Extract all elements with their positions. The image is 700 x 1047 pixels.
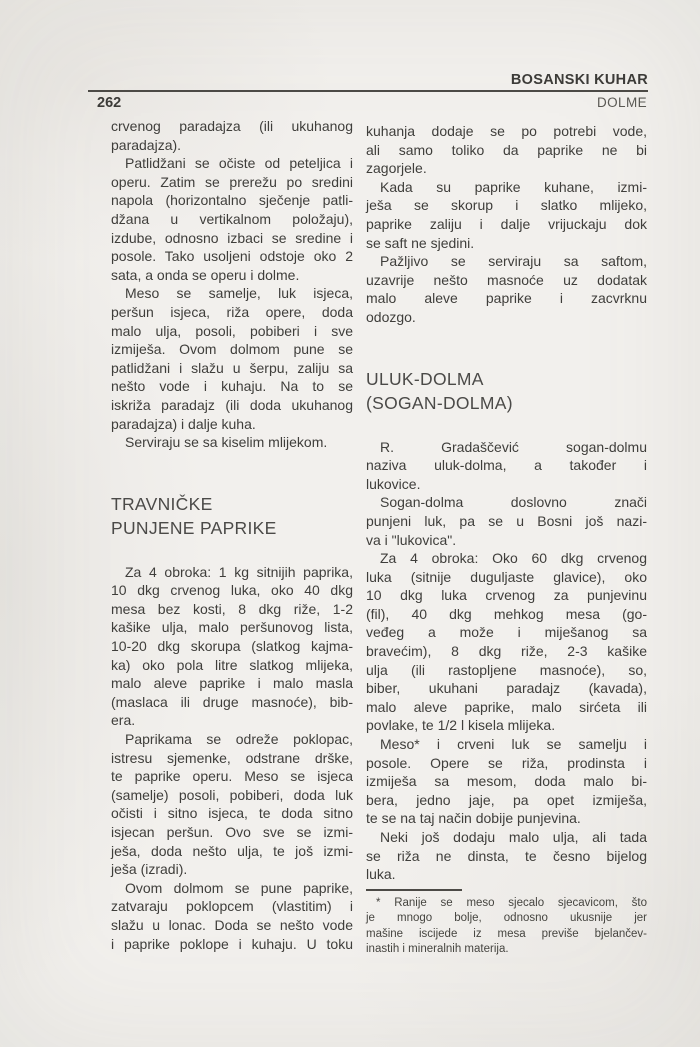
text-line: zatvaraju poklopcem (vlastitim) i — [111, 897, 353, 916]
text-line: Ovom dolmom se pune paprike, — [111, 879, 353, 898]
text-line: napola (horizontalno sječenje patli- — [111, 191, 353, 210]
book-page: BOSANSKI KUHAR 262 DOLME crvenog paradaj… — [0, 0, 700, 1047]
text-line: 10 dkg crvenog luka, oko 40 dkg — [111, 581, 353, 600]
text-line: lukovice. — [366, 475, 647, 494]
book-title: BOSANSKI KUHAR — [511, 72, 648, 88]
text-line: ULUK-DOLMA — [366, 367, 647, 392]
paragraph: Sogan-dolma doslovno značipunjeni luk, p… — [366, 493, 647, 549]
page-number: 262 — [97, 95, 121, 111]
paragraph: Neki još dodaju malo ulja, ali tadase ri… — [366, 828, 647, 884]
text-line: odozgo. — [366, 308, 647, 327]
text-line: iskriža paradajz (ili doda ukuhanog — [111, 396, 353, 415]
header-rule — [88, 90, 648, 92]
text-line: 10 dkg luka crvenog za punjevinu — [366, 586, 647, 605]
text-line: Za 4 obroka: 1 kg sitnijih paprika, — [111, 563, 353, 582]
text-line: va i "lukovica". — [366, 531, 647, 550]
text-line: Pažljivo se serviraju sa saftom, — [366, 252, 647, 271]
text-line: naziva uluk-dolma, a također i — [366, 456, 647, 475]
text-line: peršun isjeca, riža opere, doda — [111, 303, 353, 322]
text-line: i paprike poklope i kuhaju. U toku — [111, 935, 353, 954]
paragraph: Pažljivo se serviraju sa saftom,uzavrije… — [366, 252, 647, 326]
paragraph: Paprikama se odreže poklopac,istresu sje… — [111, 730, 353, 879]
text-line: inastih i mineralnih materija. — [366, 942, 647, 957]
text-line: veđeg a može i miješanog sa — [366, 623, 647, 642]
text-line: (SOGAN-DOLMA) — [366, 391, 647, 416]
text-line: izmiješa sa mesom, doda malo bi- — [366, 772, 647, 791]
text-line: sata, a onda se operu i dolme. — [111, 266, 353, 285]
text-line: Neki još dodaju malo ulja, ali tada — [366, 828, 647, 847]
text-line: zagorjele. — [366, 159, 647, 178]
text-line: te se na taj način dobije punjevina. — [366, 809, 647, 828]
text-line: izmiješa. Ovom dolmom pune se — [111, 340, 353, 359]
text-line: crvenog paradajza (ili ukuhanog — [111, 117, 353, 136]
text-line: luka. — [366, 865, 647, 884]
text-line: posole. Opere se riža, prodinsta i — [366, 754, 647, 773]
paragraph: Kada su paprike kuhane, izmi-ješa se sko… — [366, 178, 647, 252]
text-line: Kada su paprike kuhane, izmi- — [366, 178, 647, 197]
paragraph: Meso se samelje, luk isjeca,peršun isjec… — [111, 284, 353, 433]
text-line: luka (sitnije duguljaste glavice), oko — [366, 568, 647, 587]
text-line: malo aleve paprike i zacvrknu — [366, 289, 647, 308]
text-line: (samelje) posoli, pobiberi, doda luk — [111, 786, 353, 805]
text-line: slažu u lonac. Doda se nešto vode — [111, 916, 353, 935]
text-line: Paprikama se odreže poklopac, — [111, 730, 353, 749]
text-line: paradajza) i dalje kuha. — [111, 415, 353, 434]
text-line: ješa (izradi). — [111, 860, 353, 879]
text-line: ka) oko pola litre slatkog mlijeka, — [111, 656, 353, 675]
column-left: crvenog paradajza (ili ukuhanogparadajza… — [111, 117, 353, 953]
paragraph: Serviraju se sa kiselim mlijekom. — [111, 433, 353, 452]
text-line: posole. Tako usoljeni odstoje oko 2 — [111, 247, 353, 266]
text-line: isjecan peršun. Ovo sve se izmi- — [111, 823, 353, 842]
text-line: ulja (ili rastopljene masnoće), so, — [366, 661, 647, 680]
text-line: Za 4 obroka: Oko 60 dkg crvenog — [366, 549, 647, 568]
section-heading: ULUK-DOLMA(SOGAN-DOLMA) — [366, 367, 647, 416]
text-line: bera, jedno jaje, pa opet izmiješa, — [366, 791, 647, 810]
text-line: se saft ne sjedini. — [366, 234, 647, 253]
text-line: operu. Zatim se prerežu po sredini — [111, 173, 353, 192]
paragraph: Ovom dolmom se pune paprike,zatvaraju po… — [111, 879, 353, 953]
paragraph: kuhanja dodaje se po potrebi vode,ali sa… — [366, 122, 647, 178]
text-line: nešto vode i kuhaju. Na to se — [111, 377, 353, 396]
text-line: istresu sjemenke, odstrane drške, — [111, 749, 353, 768]
text-line: ješa se skorup i slatko mlijeko, — [366, 196, 647, 215]
text-line: uzavrije nešto masnoće uz dodatak — [366, 271, 647, 290]
text-line: je mnogo bolje, odnosno ukusnije jer — [366, 911, 647, 926]
text-line: džana u vertikalnom položaju), — [111, 210, 353, 229]
text-line: R. Gradaščević sogan-dolmu — [366, 438, 647, 457]
section-heading: TRAVNIČKEPUNJENE PAPRIKE — [111, 492, 353, 541]
text-line: te paprike operu. Meso se isjeca — [111, 767, 353, 786]
column-right: kuhanja dodaje se po potrebi vode,ali sa… — [366, 117, 647, 957]
text-line: Patlidžani se očiste od peteljica i — [111, 154, 353, 173]
text-line: 10-20 dkg skorupa (slatkog kajma- — [111, 637, 353, 656]
footnote: * Ranije se meso sjecalo sjecavicom, što… — [366, 896, 647, 958]
text-line: ali samo toliko da paprike ne bi — [366, 141, 647, 160]
paragraph: crvenog paradajza (ili ukuhanogparadajza… — [111, 117, 353, 154]
text-line: paradajza). — [111, 136, 353, 155]
paragraph: Meso* i crveni luk se samelju iposole. O… — [366, 735, 647, 828]
text-line: izdube, odnosno izbaci se sredine i — [111, 229, 353, 248]
text-line: kašike ulja, malo peršunovog lista, — [111, 618, 353, 637]
text-line: se riža ne dinsta, te česno bijelog — [366, 847, 647, 866]
chapter-title: DOLME — [597, 95, 647, 110]
text-line: Meso* i crveni luk se samelju i — [366, 735, 647, 754]
text-line: ješa, doda nešto ulja, te još izmi- — [111, 842, 353, 861]
text-line: Serviraju se sa kiselim mlijekom. — [111, 433, 353, 452]
text-line: biber, ukuhani paradajz (kavada), — [366, 679, 647, 698]
paragraph: Patlidžani se očiste od peteljica ioperu… — [111, 154, 353, 284]
text-line: TRAVNIČKE — [111, 492, 353, 517]
text-line: PUNJENE PAPRIKE — [111, 516, 353, 541]
paragraph: Za 4 obroka: 1 kg sitnijih paprika,10 dk… — [111, 563, 353, 730]
text-line: bravećim), 8 dkg riže, 2-3 kašike — [366, 642, 647, 661]
text-line: kuhanja dodaje se po potrebi vode, — [366, 122, 647, 141]
text-line: punjeni luk, pa se u Bosni još nazi- — [366, 512, 647, 531]
text-line: malo ulja, posoli, pobiberi i sve — [111, 322, 353, 341]
text-line: malo aleve paprike i malo masla — [111, 674, 353, 693]
text-line: malo aleve paprike, malo sirćeta ili — [366, 698, 647, 717]
footnote-divider — [366, 889, 462, 891]
text-line: Meso se samelje, luk isjeca, — [111, 284, 353, 303]
text-line: mašine iscijede iz mesa previše bjelanče… — [366, 927, 647, 942]
text-line: (fil), 40 dkg mehkog mesa (go- — [366, 605, 647, 624]
paragraph: Za 4 obroka: Oko 60 dkg crvenogluka (sit… — [366, 549, 647, 735]
text-line: povlake, te 1/2 l kisela mlijeka. — [366, 716, 647, 735]
text-line: era. — [111, 711, 353, 730]
text-line: patlidžani i slažu u šerpu, zaliju sa — [111, 359, 353, 378]
text-line: očisti i sitno isjeca, te doda sitno — [111, 804, 353, 823]
paragraph: R. Gradaščević sogan-dolmunaziva uluk-do… — [366, 438, 647, 494]
text-line: * Ranije se meso sjecalo sjecavicom, što — [366, 896, 647, 911]
text-line: Sogan-dolma doslovno znači — [366, 493, 647, 512]
text-line: paprike zaliju i dalje vrijuckaju dok — [366, 215, 647, 234]
text-line: mesa bez kosti, 8 dkg riže, 1-2 — [111, 600, 353, 619]
text-line: (maslaca ili druge masnoće), bib- — [111, 693, 353, 712]
